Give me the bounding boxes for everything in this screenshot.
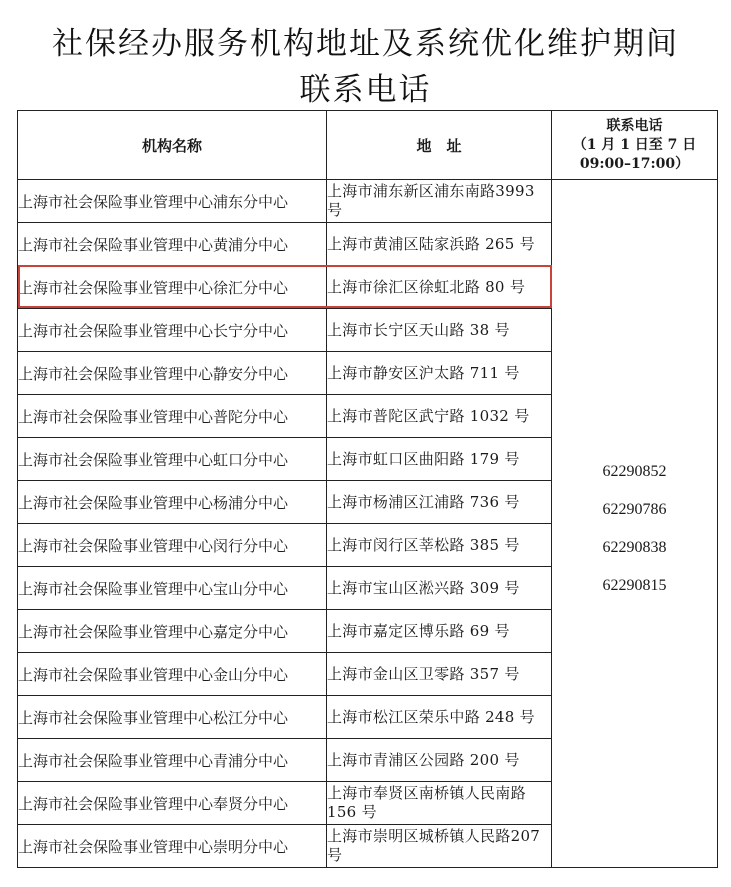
office-address: 上海市杨浦区江浦路 736 号	[327, 481, 552, 524]
office-name: 上海市社会保险事业管理中心长宁分中心	[18, 309, 327, 352]
office-address: 上海市浦东新区浦东南路3993 号	[327, 180, 552, 223]
office-address: 上海市普陀区武宁路 1032 号	[327, 395, 552, 438]
header-name: 机构名称	[18, 111, 327, 180]
office-address: 上海市嘉定区博乐路 69 号	[327, 610, 552, 653]
header-address: 地 址	[327, 111, 552, 180]
office-name: 上海市社会保险事业管理中心青浦分中心	[18, 739, 327, 782]
phone-number: 62290815	[552, 567, 717, 605]
office-name: 上海市社会保险事业管理中心奉贤分中心	[18, 782, 327, 825]
office-name: 上海市社会保险事业管理中心松江分中心	[18, 696, 327, 739]
office-address: 上海市金山区卫零路 357 号	[327, 653, 552, 696]
office-address: 上海市宝山区淞兴路 309 号	[327, 567, 552, 610]
office-address: 上海市崇明区城桥镇人民路207 号	[327, 825, 552, 868]
header-phone-title: 联系电话	[552, 117, 717, 136]
header-phone: 联系电话 （1 月 1 日至 7 日 09:00–17:00）	[552, 111, 718, 180]
office-table: 机构名称 地 址 联系电话 （1 月 1 日至 7 日 09:00–17:00）…	[17, 110, 718, 868]
office-name: 上海市社会保险事业管理中心宝山分中心	[18, 567, 327, 610]
office-name: 上海市社会保险事业管理中心金山分中心	[18, 653, 327, 696]
document-title-line2: 联系电话	[0, 64, 731, 109]
header-phone-hours: 09:00–17:00）	[552, 155, 717, 174]
phone-number: 62290852	[552, 453, 717, 491]
office-name: 上海市社会保险事业管理中心普陀分中心	[18, 395, 327, 438]
office-address: 上海市徐汇区徐虹北路 80 号	[327, 266, 552, 309]
table-row: 上海市社会保险事业管理中心浦东分中心上海市浦东新区浦东南路3993 号62290…	[18, 180, 718, 223]
phone-number: 62290786	[552, 491, 717, 529]
office-name: 上海市社会保险事业管理中心徐汇分中心	[18, 266, 327, 309]
office-address: 上海市长宁区天山路 38 号	[327, 309, 552, 352]
office-address: 上海市松江区荣乐中路 248 号	[327, 696, 552, 739]
office-name: 上海市社会保险事业管理中心崇明分中心	[18, 825, 327, 868]
phone-number: 62290838	[552, 529, 717, 567]
office-name: 上海市社会保险事业管理中心虹口分中心	[18, 438, 327, 481]
office-address: 上海市青浦区公园路 200 号	[327, 739, 552, 782]
header-phone-dates: （1 月 1 日至 7 日	[552, 136, 717, 155]
office-name: 上海市社会保险事业管理中心杨浦分中心	[18, 481, 327, 524]
office-address: 上海市奉贤区南桥镇人民南路156 号	[327, 782, 552, 825]
office-name: 上海市社会保险事业管理中心嘉定分中心	[18, 610, 327, 653]
office-address: 上海市静安区沪太路 711 号	[327, 352, 552, 395]
office-address: 上海市闵行区莘松路 385 号	[327, 524, 552, 567]
office-name: 上海市社会保险事业管理中心闵行分中心	[18, 524, 327, 567]
office-address: 上海市虹口区曲阳路 179 号	[327, 438, 552, 481]
phone-numbers-cell: 62290852622907866229083862290815	[552, 180, 718, 868]
table-header-row: 机构名称 地 址 联系电话 （1 月 1 日至 7 日 09:00–17:00）	[18, 111, 718, 180]
office-address: 上海市黄浦区陆家浜路 265 号	[327, 223, 552, 266]
office-name: 上海市社会保险事业管理中心静安分中心	[18, 352, 327, 395]
office-name: 上海市社会保险事业管理中心浦东分中心	[18, 180, 327, 223]
office-name: 上海市社会保险事业管理中心黄浦分中心	[18, 223, 327, 266]
document-title-line1: 社保经办服务机构地址及系统优化维护期间	[0, 18, 731, 63]
